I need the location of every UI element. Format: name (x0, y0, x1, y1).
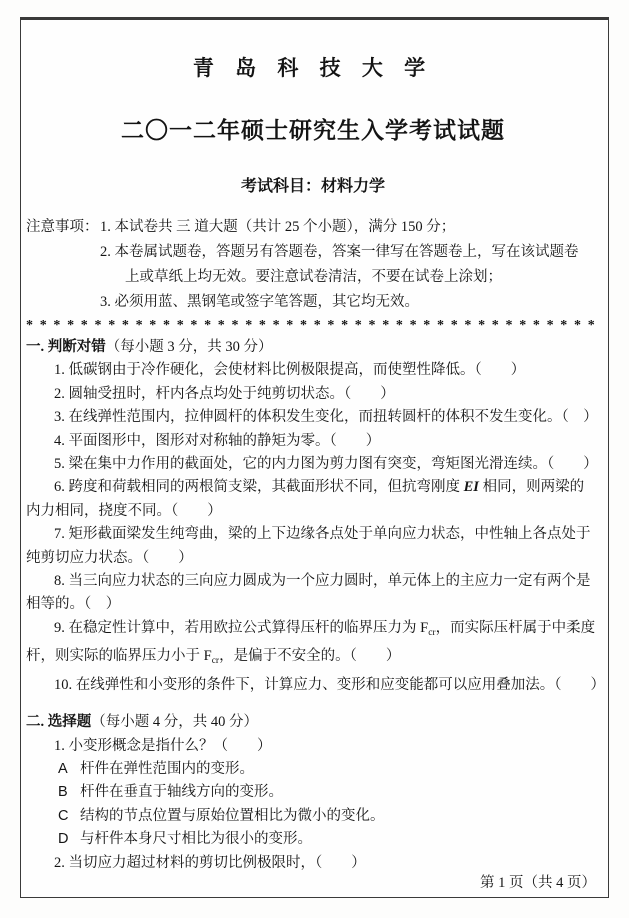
option-row-c: C结构的节点位置与原始位置相比为微小的变化。 (26, 805, 600, 828)
judge-question-6-continuation: 内力相同，挠度不同。（ ） (26, 500, 600, 523)
option-row-a: A杆件在弹性范围内的变形。 (26, 758, 600, 781)
option-row-d: D与杆件本身尺寸相比为很小的变形。 (26, 828, 600, 851)
option-letter-c: C (58, 805, 71, 828)
notice-item-3: 3. 必须用蓝、黑钢笔或签字笔答题，其它均无效。 (100, 290, 600, 315)
notice-block: 注意事项： 1. 本试卷共 三 道大题（共计 25 个小题），满分 150 分；… (26, 215, 600, 315)
judge-question-8: 8. 当三向应力状态的三向应力圆成为一个应力圆时，单元体上的主应力一定有两个是 (26, 570, 600, 593)
judge-question-2: 2. 圆轴受扭时，杆内各点均处于纯剪切状态。（ ） (26, 383, 600, 406)
judge-question-9-text: 9. 在稳定性计算中，若用欧拉公式算得压杆的临界压力为 F (54, 620, 428, 636)
question-area: 一. 判断对错（每小题 3 分，共 30 分） 1. 低碳钢由于冷作硬化，会使材… (26, 336, 600, 875)
judge-section-heading: 一. 判断对错（每小题 3 分，共 30 分） (26, 336, 600, 359)
judge-question-8-continuation: 相等的。（ ） (26, 593, 600, 616)
judge-question-10: 10. 在线弹性和小变形的条件下，计算应力、变形和应变能都可以应用叠加法。（ ） (26, 674, 600, 697)
choice-section-heading: 二. 选择题（每小题 4 分，共 40 分） (26, 711, 600, 734)
option-text-d: 与杆件本身尺寸相比为很小的变形。 (80, 831, 312, 847)
choice-section: 二. 选择题（每小题 4 分，共 40 分） 1. 小变形概念是指什么？（ ） … (26, 711, 600, 875)
judge-question-9: 9. 在稳定性计算中，若用欧拉公式算得压杆的临界压力为 Fcr，而实际压杆属于中… (26, 617, 600, 645)
judge-section-title: 判断对错 (48, 339, 106, 355)
option-text-a: 杆件在弹性范围内的变形。 (80, 761, 254, 777)
judge-question-7-continuation: 纯剪切应力状态。（ ） (26, 547, 600, 570)
page-number-footer: 第 1 页（共 4 页） (480, 871, 596, 892)
judge-question-9-continuation: 杆，则实际的临界压力小于 Fcr，是偏于不安全的。（ ） (26, 645, 600, 673)
flexural-rigidity-symbol: EI (464, 479, 479, 495)
judge-question-5: 5. 梁在集中力作用的截面处，它的内力图为剪力图有突变，弯矩图光滑连续。（ ） (26, 453, 600, 476)
critical-force-subscript-2: cr (212, 656, 219, 666)
critical-force-subscript: cr (428, 628, 435, 638)
judge-section-meta: （每小题 3 分，共 30 分） (106, 339, 273, 355)
notice-label: 注意事项： (26, 215, 99, 240)
choice-question-1: 1. 小变形概念是指什么？（ ） (26, 735, 600, 758)
exam-subject: 考试科目：材料力学 (26, 177, 600, 196)
judge-question-4: 4. 平面图形中，图形对对称轴的静矩为零。（ ） (26, 430, 600, 453)
option-row-b: B杆件在垂直于轴线方向的变形。 (26, 781, 600, 804)
notice-item-1: 1. 本试卷共 三 道大题（共计 25 个小题），满分 150 分； (100, 215, 600, 240)
option-letter-a: A (58, 758, 71, 781)
notice-item-2: 2. 本卷属试题卷，答题另有答题卷，答案一律写在答题卷上，写在该试题卷 (100, 240, 600, 265)
option-text-c: 结构的节点位置与原始位置相比为微小的变化。 (80, 808, 385, 824)
exam-paper-page: 青 岛 科 技 大 学 二〇一二年硕士研究生入学考试试题 考试科目：材料力学 注… (20, 17, 609, 898)
judge-question-9-text-mid: ，而实际压杆属于中柔度 (436, 620, 596, 636)
asterisk-separator: * * * * * * * * * * * * * * * * * * * * … (26, 315, 600, 336)
judge-section-number: 一. (26, 339, 44, 355)
university-title: 青 岛 科 技 大 学 (26, 56, 600, 81)
option-letter-d: D (58, 828, 71, 851)
option-text-b: 杆件在垂直于轴线方向的变形。 (80, 784, 283, 800)
judge-question-6-text: 6. 跨度和荷载相同的两根简支梁，其截面形状不同，但抗弯刚度 (54, 479, 464, 495)
choice-section-title: 选择题 (48, 714, 92, 730)
judge-question-7: 7. 矩形截面梁发生纯弯曲，梁的上下边缘各点处于单向应力状态，中性轴上各点处于 (26, 523, 600, 546)
judge-question-6: 6. 跨度和荷载相同的两根简支梁，其截面形状不同，但抗弯刚度 EI 相同，则两梁… (26, 476, 600, 499)
judge-question-9-cont-text-after: ，是偏于不安全的。（ ） (219, 648, 400, 664)
notice-item-2-continuation: 上或草纸上均无效。要注意试卷清洁，不要在试卷上涂划； (125, 265, 600, 290)
judge-question-9-cont-text: 杆，则实际的临界压力小于 F (26, 648, 212, 664)
judge-question-1: 1. 低碳钢由于冷作硬化，会使材料比例极限提高，而使塑性降低。（ ） (26, 359, 600, 382)
judge-question-3: 3. 在线弹性范围内，拉伸圆杆的体积发生变化，而扭转圆杆的体积不发生变化。（ ） (26, 406, 600, 429)
exam-title: 二〇一二年硕士研究生入学考试试题 (26, 117, 600, 144)
choice-section-number: 二. (26, 714, 44, 730)
choice-section-meta: （每小题 4 分，共 40 分） (91, 714, 258, 730)
judge-question-6-text-after: 相同，则两梁的 (479, 479, 584, 495)
option-letter-b: B (58, 781, 71, 804)
